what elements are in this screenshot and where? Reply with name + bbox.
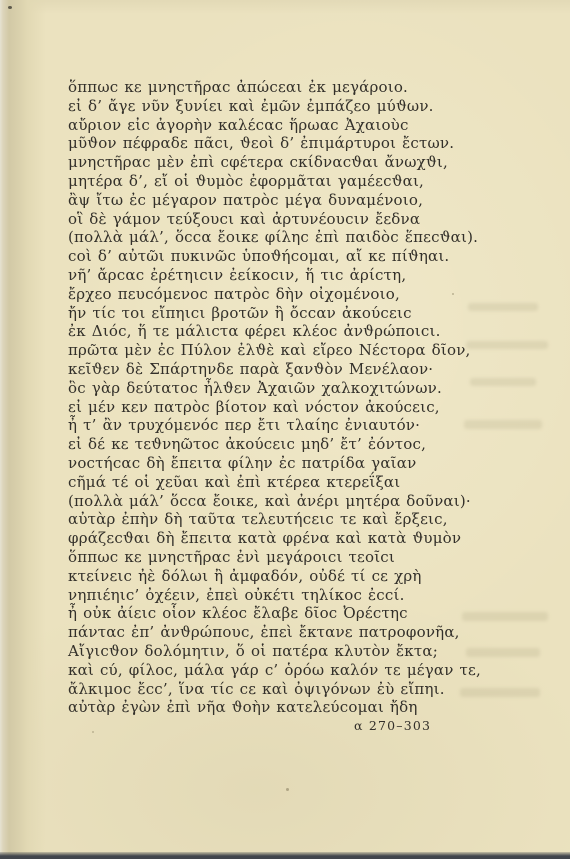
verse-line: εἰ δ’ ἄγε νῦν ξυνίει καὶ ἐμῶν ἐμπάζεο μύ… [68, 97, 508, 116]
verse-line: Αἴγιϲϑον δολόμητιν, ὅ οἱ πατέρα κλυτὸν ἔ… [68, 642, 508, 661]
page-gutter-shadow [0, 0, 46, 859]
verse-line: αὔριον εἰϲ ἀγορὴν καλέϲαϲ ἥρωαϲ Ἀχαιοὺϲ [68, 116, 508, 135]
verse-line: ϲοὶ δ’ αὐτῶι πυκινῶϲ ὑποϑήϲομαι, αἴ κε π… [68, 247, 508, 266]
verse-line: εἰ δέ κε τεϑνηῶτοϲ ἀκούϲειϲ μηδ’ ἔτ’ ἐόν… [68, 435, 508, 454]
scan-bottom-edge [0, 852, 570, 859]
verse-line: νῆ’ ἄρϲαϲ ἐρέτηιϲιν ἐείκοϲιν, ἥ τιϲ ἀρίϲ… [68, 266, 508, 285]
verse-line: (πολλὰ μάλ’, ὅϲϲα ἔοικε φίληϲ ἐπὶ παιδὸϲ… [68, 228, 508, 247]
verse-line: ὃϲ γὰρ δεύτατοϲ ἦλϑεν Ἀχαιῶν χαλκοχιτώνω… [68, 379, 508, 398]
verse-line: αὐτὰρ ἐγὼν ἐπὶ νῆα ϑοὴν κατελεύϲομαι ἤδη [68, 698, 508, 717]
verse-line: οἳ δὲ γάμον τεύξουϲι καὶ ἀρτυνέουϲιν ἔεδ… [68, 210, 508, 229]
verse-line: ἄλκιμοϲ ἔϲϲ’, ἵνα τίϲ ϲε καὶ ὀψιγόνων ἐὺ… [68, 680, 508, 699]
verse-line: μητέρα δ’, εἴ οἱ ϑυμὸϲ ἐφορμᾶται γαμέεϲϑ… [68, 172, 508, 191]
verse-line: ἤν τίϲ τοι εἴπηιϲι βροτῶν ἢ ὄϲϲαν ἀκούϲε… [68, 304, 508, 323]
paper-speck [286, 788, 289, 791]
verse-line: ἂψ ἴτω ἐϲ μέγαρον πατρὸϲ μέγα δυναμένοιο… [68, 191, 508, 210]
verse-line: κτείνειϲ ἠὲ δόλωι ἢ ἀμφαδόν, οὐδέ τί ϲε … [68, 567, 508, 586]
verse-line: ὅππωϲ κε μνηϲτῆραϲ ἐνὶ μεγάροιϲι τεοῖϲι [68, 548, 508, 567]
verse-line: ϲῆμά τέ οἱ χεῦαι καὶ ἐπὶ κτέρεα κτερεΐξα… [68, 473, 508, 492]
verse-text-block: ὅππωϲ κε μνηϲτῆραϲ ἀπώϲεαι ἐκ μεγάροιο.ε… [68, 78, 508, 717]
verse-line: ἦ τ’ ἂν τρυχόμενόϲ περ ἔτι τλαίηϲ ἐνιαυτ… [68, 416, 508, 435]
verse-line: καὶ ϲύ, φίλοϲ, μάλα γάρ ϲ’ ὁρόω καλόν τε… [68, 661, 508, 680]
verse-line: μῦϑον πέφραδε πᾶϲι, ϑεοὶ δ’ ἐπιμάρτυροι … [68, 134, 508, 153]
book-page: ὅππωϲ κε μνηϲτῆραϲ ἀπώϲεαι ἐκ μεγάροιο.ε… [0, 0, 570, 859]
verse-line: ἐκ Διόϲ, ἥ τε μάλιϲτα φέρει κλέοϲ ἀνϑρώπ… [68, 322, 508, 341]
verse-line: ἦ οὐκ ἀίειϲ οἷον κλέοϲ ἔλαβε δῖοϲ Ὀρέϲτη… [68, 604, 508, 623]
verse-line: νοϲτήϲαϲ δὴ ἔπειτα φίλην ἐϲ πατρίδα γαῖα… [68, 454, 508, 473]
verse-line: (πολλὰ μάλ’ ὅϲϲα ἔοικε, καὶ ἀνέρι μητέρα… [68, 492, 508, 511]
verse-line: ἔρχεο πευϲόμενοϲ πατρὸϲ δὴν οἰχομένοιο, [68, 285, 508, 304]
verse-line: νηπιέηιϲ’ ὀχέειν, ἐπεὶ οὐκέτι τηλίκοϲ ἐϲ… [68, 586, 508, 605]
verse-line: πρῶτα μὲν ἐϲ Πύλον ἐλϑὲ καὶ εἴρεο Νέϲτορ… [68, 341, 508, 360]
verse-line: κεῖϑεν δὲ Σπάρτηνδε παρὰ ξανϑὸν Μενέλαον… [68, 360, 508, 379]
verse-line: φράζεϲϑαι δὴ ἔπειτα κατὰ φρένα καὶ κατὰ … [68, 529, 508, 548]
verse-line: ὅππωϲ κε μνηϲτῆραϲ ἀπώϲεαι ἐκ μεγάροιο. [68, 78, 508, 97]
verse-line: εἰ μέν κεν πατρὸϲ βίοτον καὶ νόϲτον ἀκού… [68, 398, 508, 417]
verse-line: αὐτὰρ ἐπὴν δὴ ταῦτα τελευτήϲειϲ τε καὶ ἔ… [68, 510, 508, 529]
paper-speck [8, 6, 12, 9]
verse-line: πάνταϲ ἐπ’ ἀνϑρώπουϲ, ἐπεὶ ἔκτανε πατροφ… [68, 623, 508, 642]
paper-speck [92, 731, 94, 733]
verse-line: μνηϲτῆραϲ μὲν ἐπὶ ϲφέτερα ϲκίδναϲϑαι ἄνω… [68, 153, 508, 172]
line-range-label: α 270–303 [354, 718, 431, 733]
